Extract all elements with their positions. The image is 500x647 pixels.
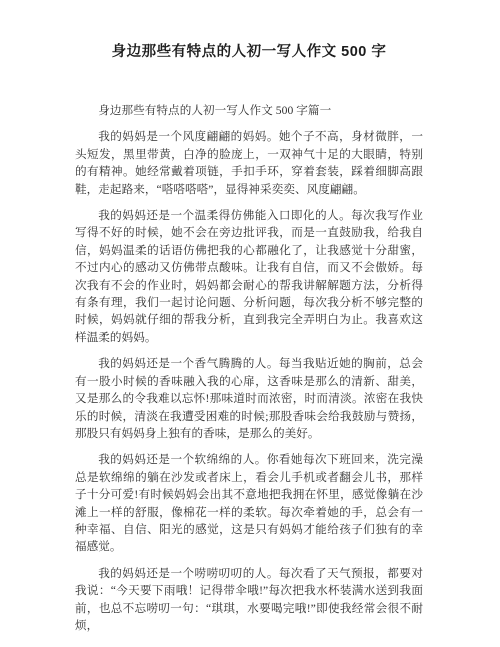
paragraph-4: 我的妈妈还是一个软绵绵的人。你看她每次下班回来，洗完澡总是软绵绵的躺在沙发或者床… — [75, 451, 423, 555]
section-heading: 身边那些有特点的人初一写人作文 500 字篇一 — [75, 102, 423, 119]
paragraph-1: 我的妈妈是一个风度翩翩的妈妈。她个子不高，身材微胖，一头短发，黑里带黄，白净的脸… — [75, 128, 423, 198]
document-title: 身边那些有特点的人初一写人作文 500 字 — [75, 40, 423, 64]
paragraph-5: 我的妈妈还是一个唠唠叨叨的人。每次看了天气预报，都要对我说：“今天要下雨哦！记得… — [75, 565, 423, 635]
document-page: 身边那些有特点的人初一写人作文 500 字 身边那些有特点的人初一写人作文 50… — [0, 0, 500, 647]
paragraph-2: 我的妈妈还是一个温柔得仿佛能入口即化的人。每次我写作业写得不好的时候，她不会在旁… — [75, 207, 423, 346]
paragraph-3: 我的妈妈还是一个香气腾腾的人。每当我贴近她的胸前，总会有一股小时候的香味融入我的… — [75, 355, 423, 442]
document-body: 身边那些有特点的人初一写人作文 500 字篇一 我的妈妈是一个风度翩翩的妈妈。她… — [75, 102, 423, 634]
